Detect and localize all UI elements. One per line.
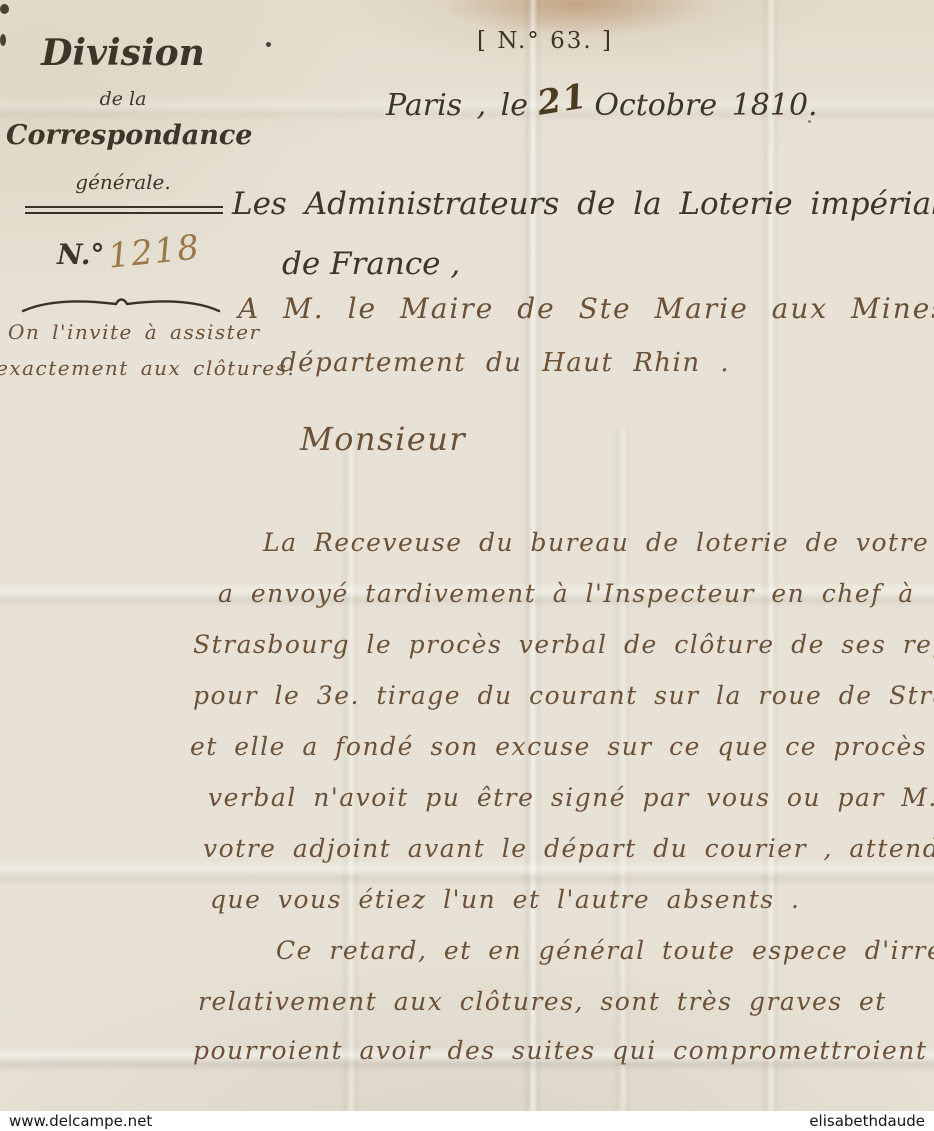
body-line: a envoyé tardivement à l'Inspecteur en c… bbox=[218, 579, 915, 608]
dateline-day: 21 bbox=[535, 76, 591, 123]
body-line: relativement aux clôtures, sont très gra… bbox=[198, 987, 887, 1016]
watermark-seller: elisabethdaude bbox=[809, 1112, 925, 1130]
document-number: [ N.° 63. ] bbox=[450, 28, 640, 54]
margin-note-line1: On l'invite à assister bbox=[8, 320, 261, 344]
body-line: verbal n'avoit pu être signé par vous ou… bbox=[208, 783, 934, 812]
dateline-prefix: Paris , le bbox=[386, 88, 528, 123]
fold-crease bbox=[0, 860, 934, 886]
registry-number-label: N.° bbox=[57, 238, 105, 271]
ink-speck bbox=[266, 42, 271, 47]
recipient-line1: A M. le Maire de Ste Marie aux Mines bbox=[238, 292, 934, 325]
sender-line2: de France , bbox=[282, 246, 460, 282]
division-subheading-de-la: de la bbox=[28, 88, 218, 110]
registry-number-value: 1218 bbox=[106, 227, 202, 276]
dateline: Paris , le21Octobre 1810. bbox=[386, 84, 818, 124]
margin-note-line2: exactement aux clôtures. bbox=[0, 356, 295, 380]
double-rule bbox=[25, 206, 223, 214]
body-line: Ce retard, et en général toute espece d'… bbox=[276, 936, 934, 965]
dateline-rest: Octobre 1810. bbox=[594, 88, 817, 123]
body-line: que vous étiez l'un et l'autre absents . bbox=[210, 885, 800, 914]
division-heading: Division bbox=[28, 32, 218, 74]
sender-line1: Les Administrateurs de la Loterie impéri… bbox=[232, 186, 934, 222]
body-line: et elle a fondé son excuse sur ce que ce… bbox=[190, 732, 927, 761]
body-line: pour le 3e. tirage du courant sur la rou… bbox=[193, 681, 934, 710]
body-line: pourroient avoir des suites qui comprome… bbox=[193, 1036, 927, 1065]
correspondance-heading: Correspondance bbox=[6, 120, 240, 151]
generale-heading: générale. bbox=[28, 170, 218, 194]
body-line: La Receveuse du bureau de loterie de vot… bbox=[263, 528, 934, 557]
margin-brace-icon bbox=[20, 294, 222, 314]
edge-mark bbox=[0, 4, 9, 14]
recipient-line2: département du Haut Rhin . bbox=[280, 348, 730, 378]
letter-photo: Division de la Correspondance générale. … bbox=[0, 0, 934, 1131]
watermark-strip: www.delcampe.net elisabethdaude bbox=[0, 1111, 934, 1131]
watermark-site: www.delcampe.net bbox=[9, 1112, 152, 1130]
body-line: votre adjoint avant le départ du courier… bbox=[203, 834, 934, 863]
edge-mark bbox=[0, 34, 6, 46]
salutation: Monsieur bbox=[300, 420, 466, 458]
body-line: Strasbourg le procès verbal de clôture d… bbox=[193, 630, 934, 659]
